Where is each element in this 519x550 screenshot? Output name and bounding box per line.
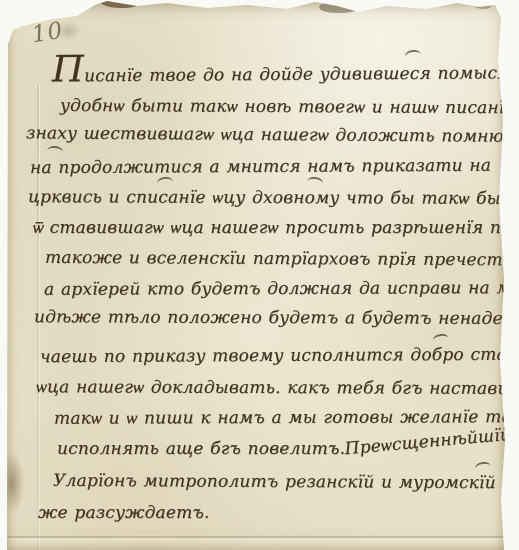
torn-edge-spot: [421, 2, 439, 8]
manuscript-line: знаху шествившагѡ ѡца нашегѡ доложить по…: [26, 121, 494, 148]
ink-smudge: [3, 452, 25, 514]
manuscript-line: на продолжитися а мнится намъ приказати …: [30, 154, 458, 180]
manuscript-line: исполнять аще бгъ повелитъ. Преѡсщеннѣйш…: [57, 437, 497, 461]
manuscript-line: такѡ и ѡ пиши к намъ а мы готовы желанїе…: [54, 405, 486, 431]
manuscript-line: такоже и вселенскїи патрїарховъ прїя пре…: [45, 246, 497, 272]
horizontal-fold-crease: [7, 536, 507, 538]
manuscript-page: 10 Писанїе твое до на дойде удивившеся п…: [7, 0, 507, 550]
manuscript-line: црквись и списанїе ѡцу дховному что бы т…: [28, 185, 494, 211]
manuscript-line: чаешь по приказу твоему исполнится добро…: [40, 343, 494, 369]
torn-edge-spot: [319, 0, 363, 14]
manuscript-line: идѣже тѣло положено будетъ а будетъ нена…: [34, 305, 480, 331]
manuscript-line: ѡца нашегѡ докладывать. какъ тебя бгъ на…: [36, 375, 468, 401]
manuscript-line: Уларїонъ митрополитъ резанскїй и муромск…: [53, 469, 497, 495]
line-text: исполнять аще бгъ повелитъ.: [57, 437, 345, 461]
manuscript-line: удобнѡ быти такѡ новѣ твоегѡ и нашѡ писа…: [60, 94, 498, 120]
manuscript-line: Писанїе твое до на дойде удивившеся помы…: [52, 57, 480, 89]
torn-edge-spot: [475, 3, 491, 9]
manuscript-line: ѿ ставившагѡ ѡца нашегѡ просить разрѣшен…: [32, 216, 496, 240]
page-number: 10: [30, 18, 65, 49]
torn-edge-spot: [101, 0, 139, 9]
manuscript-line: а архїерей кто будетъ должная да исправи…: [44, 276, 496, 302]
manuscript-line: же разсуждаетъ.: [38, 501, 248, 525]
